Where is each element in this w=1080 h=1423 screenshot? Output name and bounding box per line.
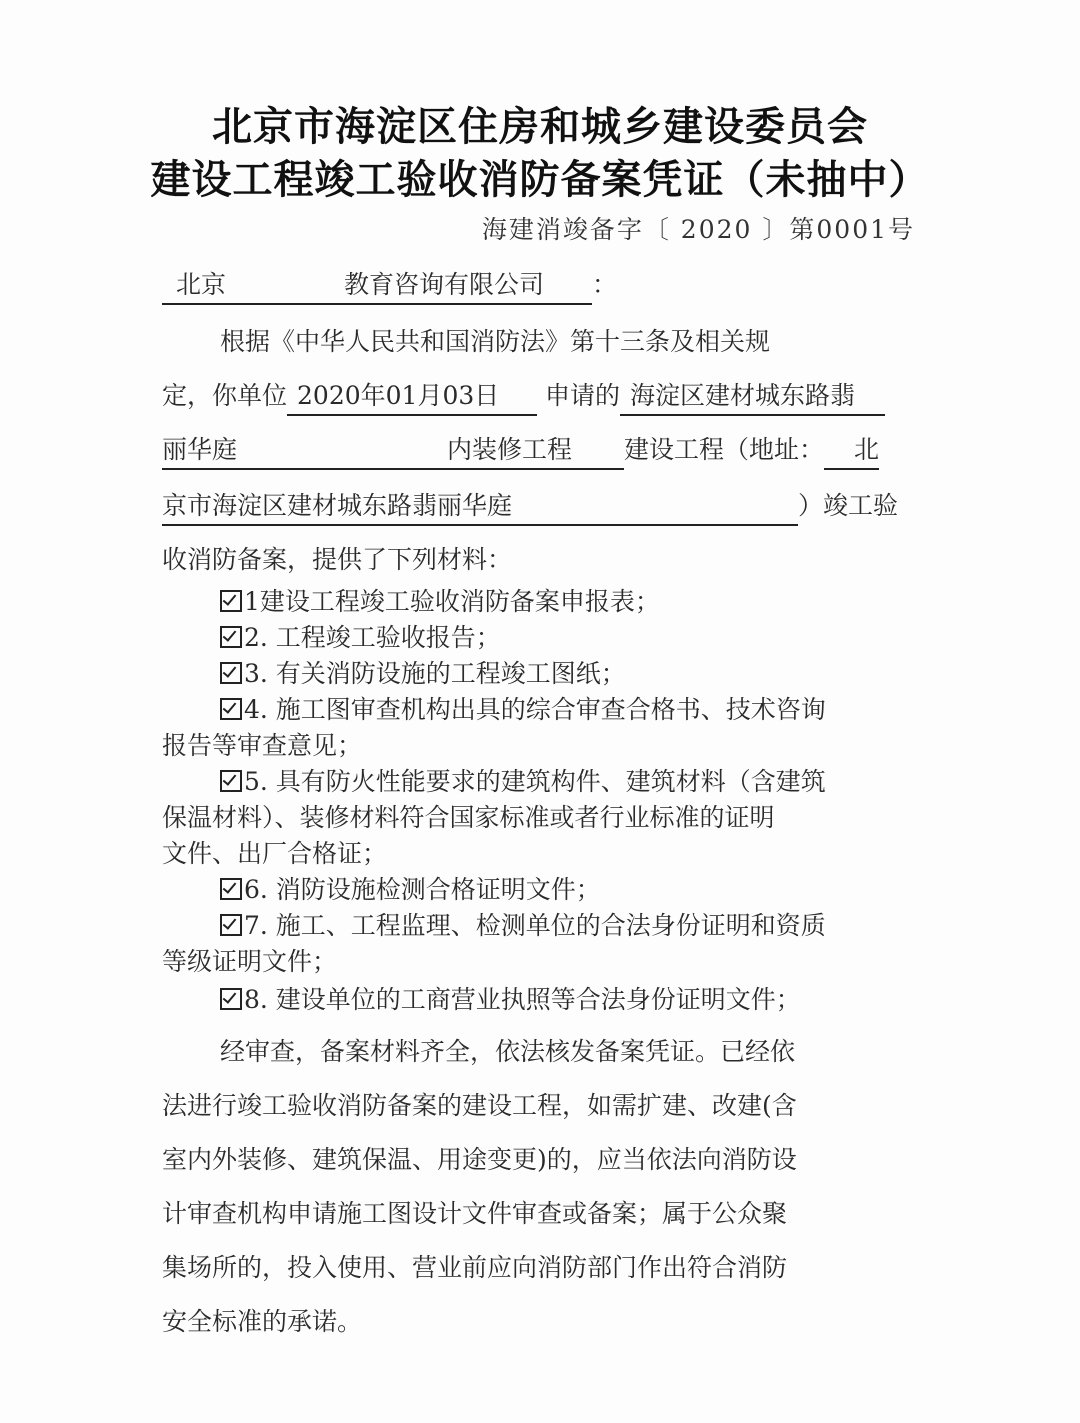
material-item-3: 3. 有关消防设施的工程竣工图纸；: [220, 654, 626, 690]
body-line-4: 京市海淀区建材城东路翡丽华庭）竣工验: [162, 486, 898, 526]
checkbox-checked-icon: [220, 626, 242, 648]
checkbox-checked-icon: [220, 770, 242, 792]
project-name-part2: 丽华庭: [162, 435, 237, 464]
material-item-8: 8. 建设单位的工商营业执照等合法身份证明文件；: [220, 980, 801, 1016]
checkbox-checked-icon: [220, 988, 242, 1010]
address-part1: 北: [824, 430, 879, 470]
body-line-3: 丽华庭内装修工程 建设工程（地址：北: [162, 430, 879, 470]
conclusion-line-2: 法进行竣工验收消防备案的建设工程，如需扩建、改建(含: [162, 1086, 797, 1122]
conclusion-line-3: 室内外装修、建筑保温、用途变更)的，应当依法向消防设: [162, 1140, 797, 1176]
recipient-line: 北京教育咨询有限公司 ：: [162, 265, 617, 305]
material-item-2: 2. 工程竣工验收报告；: [220, 618, 501, 654]
material-item-1: 1建设工程竣工验收消防备案申报表；: [220, 582, 660, 618]
checkbox-checked-icon: [220, 914, 242, 936]
material-item-5-cont: 保温材料）、装修材料符合国家标准或者行业标准的证明: [162, 798, 775, 834]
body-text: 建设工程（地址：: [624, 435, 824, 464]
document-title: 建设工程竣工验收消防备案凭证（未抽中）: [0, 148, 1080, 205]
body-line-2: 定，你单位2020年01月03日 申请的海淀区建材城东路翡: [162, 376, 885, 416]
material-item-4-cont: 报告等审查意见；: [162, 726, 362, 762]
material-text: 4. 施工图审查机构出具的综合审查合格书、技术咨询: [244, 695, 826, 724]
body-text: 申请的: [545, 381, 620, 410]
body-text: 定，你单位: [162, 381, 287, 410]
material-item-7-cont: 等级证明文件；: [162, 942, 337, 978]
recipient-name-part1: 北京: [176, 270, 226, 299]
material-text: 5. 具有防火性能要求的建筑构件、建筑材料（含建筑: [244, 767, 826, 796]
recipient-suffix: ：: [592, 270, 617, 299]
checkbox-checked-icon: [220, 662, 242, 684]
project-name-cont: 丽华庭内装修工程: [162, 430, 624, 470]
conclusion-line-4: 计审查机构申请施工图设计文件审查或备案；属于公众聚: [162, 1194, 787, 1230]
material-text: 1建设工程竣工验收消防备案申报表；: [244, 587, 660, 616]
material-item-7: 7. 施工、工程监理、检测单位的合法身份证明和资质: [220, 906, 826, 942]
material-text: 3. 有关消防设施的工程竣工图纸；: [244, 659, 626, 688]
material-text: 2. 工程竣工验收报告；: [244, 623, 501, 652]
material-item-4: 4. 施工图审查机构出具的综合审查合格书、技术咨询: [220, 690, 826, 726]
project-name-part3: 内装修工程: [447, 435, 572, 464]
recipient-name-part2: 教育咨询有限公司: [344, 270, 544, 299]
issuer-title: 北京市海淀区住房和城乡建设委员会: [0, 95, 1080, 152]
material-text: 8. 建设单位的工商营业执照等合法身份证明文件；: [244, 985, 801, 1014]
body-line-1: 根据《中华人民共和国消防法》第十三条及相关规: [220, 322, 770, 358]
checkbox-checked-icon: [220, 878, 242, 900]
material-item-5-cont2: 文件、出厂合格证；: [162, 834, 387, 870]
material-text: 7. 施工、工程监理、检测单位的合法身份证明和资质: [244, 911, 826, 940]
apply-date: 2020年01月03日: [287, 376, 537, 416]
conclusion-line-1: 经审查，备案材料齐全，依法核发备案凭证。已经依: [220, 1032, 795, 1068]
project-name-part1: 海淀区建材城东路翡: [620, 376, 885, 416]
recipient-name: 北京教育咨询有限公司: [162, 265, 592, 305]
body-text: ）竣工验: [798, 491, 898, 520]
conclusion-line-6: 安全标准的承诺。: [162, 1302, 362, 1338]
material-item-6: 6. 消防设施检测合格证明文件；: [220, 870, 601, 906]
checkbox-checked-icon: [220, 698, 242, 720]
checkbox-checked-icon: [220, 590, 242, 612]
document-number: 海建消竣备字〔 2020 〕第0001号: [482, 210, 915, 246]
material-text: 6. 消防设施检测合格证明文件；: [244, 875, 601, 904]
material-item-5: 5. 具有防火性能要求的建筑构件、建筑材料（含建筑: [220, 762, 826, 798]
body-line-5: 收消防备案，提供了下列材料：: [162, 540, 512, 576]
address-part2: 京市海淀区建材城东路翡丽华庭: [162, 486, 798, 526]
conclusion-line-5: 集场所的，投入使用、营业前应向消防部门作出符合消防: [162, 1248, 787, 1284]
